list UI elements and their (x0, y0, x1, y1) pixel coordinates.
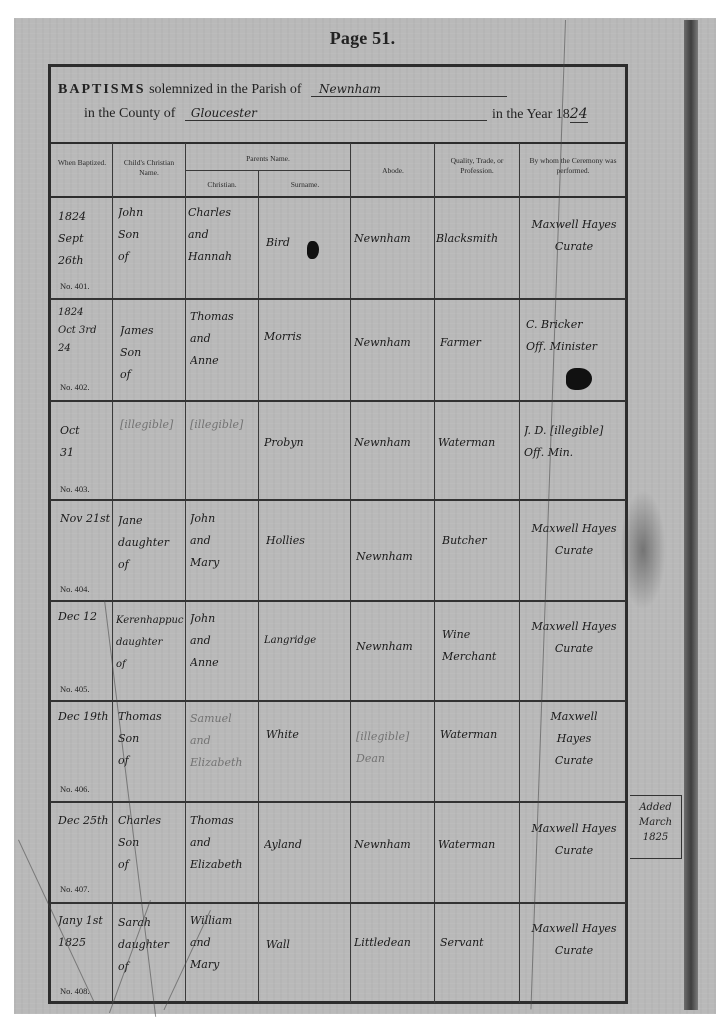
cell-child: Charles Son of (118, 810, 184, 876)
cell-surname: White (266, 724, 350, 746)
entry-number: No. 401. (60, 281, 90, 291)
cell-quality: Waterman (438, 432, 520, 454)
county-prefix: in the County of (84, 106, 175, 121)
title-solemnized: solemnized in the Parish of (149, 82, 301, 97)
col-header-by-whom: By whom the Ceremony was performed. (521, 156, 625, 176)
cell-parents-christian: [illegible] (190, 414, 258, 436)
cell-child: Jane daughter of (118, 510, 184, 576)
cell-abode: Newnham (356, 546, 434, 568)
col-header-abode: Abode. (352, 166, 434, 176)
cell-when: Dec 19th (58, 706, 112, 728)
parish-name: Newnham (311, 82, 507, 97)
row-divider (50, 801, 626, 803)
cell-quality: Butcher (442, 530, 520, 552)
cell-by-whom: J. D. [illegible] Off. Min. (524, 420, 626, 464)
cell-parents-christian: Thomas and Anne (190, 306, 258, 372)
cell-when: Jany 1st 1825 (58, 910, 112, 954)
cell-abode: [illegible] Dean (356, 726, 434, 770)
row-divider (50, 902, 626, 904)
col-header-parents: Parents Name. (186, 154, 350, 164)
cell-abode: Newnham (354, 332, 434, 354)
page-binding-edge (684, 20, 698, 1010)
cell-quality: Blacksmith (436, 228, 520, 250)
cell-by-whom: C. Bricker Off. Minister (526, 314, 626, 358)
cell-when: 1824 Oct 3rd 24 (58, 304, 112, 358)
cell-quality: Waterman (440, 724, 520, 746)
header-top-rule (50, 142, 626, 144)
entry-number: No. 408. (60, 986, 90, 996)
cell-abode: Newnham (354, 228, 434, 250)
cell-child: Sarah daughter of (118, 912, 184, 978)
col-header-child: Child's Christian Name. (114, 158, 184, 178)
entry-number: No. 403. (60, 484, 90, 494)
cell-by-whom: Maxwell Hayes Curate (522, 518, 626, 562)
stain (620, 490, 666, 610)
col-divider (112, 143, 113, 1003)
cell-child: John Son of (118, 202, 184, 268)
cell-surname: Wall (266, 934, 350, 956)
cell-when: Dec 12 (58, 606, 112, 628)
col-divider (185, 143, 186, 1003)
cell-quality: Waterman (438, 834, 520, 856)
cell-child: Kerenhappuch daughter of (116, 610, 184, 676)
cell-surname: Probyn (264, 432, 350, 454)
row-divider (50, 400, 626, 402)
entry-number: No. 406. (60, 784, 90, 794)
county-line: in the County of Gloucester (84, 106, 487, 122)
cell-parents-christian: John and Mary (190, 508, 258, 574)
cell-parents-christian: John and Anne (190, 608, 258, 674)
parents-subheader-rule (186, 170, 350, 171)
cell-abode: Newnham (356, 636, 434, 658)
year-prefix: in the Year 18 (492, 107, 570, 122)
col-header-parents-christian: Christian. (186, 180, 258, 190)
margin-annotation: Added March 1825 (630, 795, 682, 859)
county-name: Gloucester (185, 106, 487, 121)
cell-when: 1824 Sept 26th (58, 206, 112, 272)
row-divider (50, 499, 626, 501)
cell-quality: Farmer (440, 332, 520, 354)
entry-number: No. 402. (60, 382, 90, 392)
cell-quality: Wine Merchant (442, 624, 520, 668)
cell-parents-christian: Charles and Hannah (188, 202, 258, 268)
entry-number: No. 405. (60, 684, 90, 694)
cell-surname: Morris (264, 326, 350, 348)
cell-by-whom: Maxwell Hayes Curate (522, 616, 626, 660)
entry-number: No. 407. (60, 884, 90, 894)
col-header-quality: Quality, Trade, or Profession. (436, 156, 518, 176)
register-title: BAPTISMS solemnized in the Parish of New… (58, 82, 507, 98)
cell-child: Thomas Son of (118, 706, 184, 772)
cell-abode: Newnham (354, 834, 434, 856)
cell-surname: Langridge (264, 630, 350, 652)
cell-parents-christian: William and Mary (190, 910, 258, 976)
cell-by-whom: Maxwell Hayes Curate (522, 214, 626, 258)
cell-abode: Littledean (354, 932, 434, 954)
title-baptisms: BAPTISMS (58, 82, 146, 97)
cell-by-whom: Maxwell Hayes Curate (522, 918, 626, 962)
col-divider (434, 143, 435, 1003)
row-divider (50, 298, 626, 300)
cell-parents-christian: Samuel and Elizabeth (190, 708, 258, 774)
row-divider (50, 600, 626, 602)
entry-number: No. 404. (60, 584, 90, 594)
col-divider (258, 171, 259, 1003)
cell-child: James Son of (120, 320, 184, 386)
cell-abode: Newnham (354, 432, 434, 454)
col-header-parents-surname: Surname. (260, 180, 350, 190)
cell-when: Dec 25th (58, 810, 112, 832)
cell-quality: Servant (440, 932, 520, 954)
cell-surname: Hollies (266, 530, 350, 552)
cell-when: Oct 31 (60, 420, 112, 464)
row-divider (50, 700, 626, 702)
year-line: in the Year 1824 (492, 106, 588, 123)
cell-parents-christian: Thomas and Elizabeth (190, 810, 258, 876)
page-number: Page 51. (0, 28, 725, 49)
cell-child: [illegible] (120, 414, 184, 436)
year-value: 24 (570, 106, 588, 123)
col-divider (350, 143, 351, 1003)
col-divider (519, 143, 520, 1003)
cell-by-whom: Maxwell Hayes Curate (522, 706, 626, 772)
header-bottom-rule (50, 196, 626, 198)
col-header-when: When Baptized. (52, 158, 112, 168)
cell-when: Nov 21st (60, 508, 112, 530)
cell-surname: Ayland (264, 834, 350, 856)
